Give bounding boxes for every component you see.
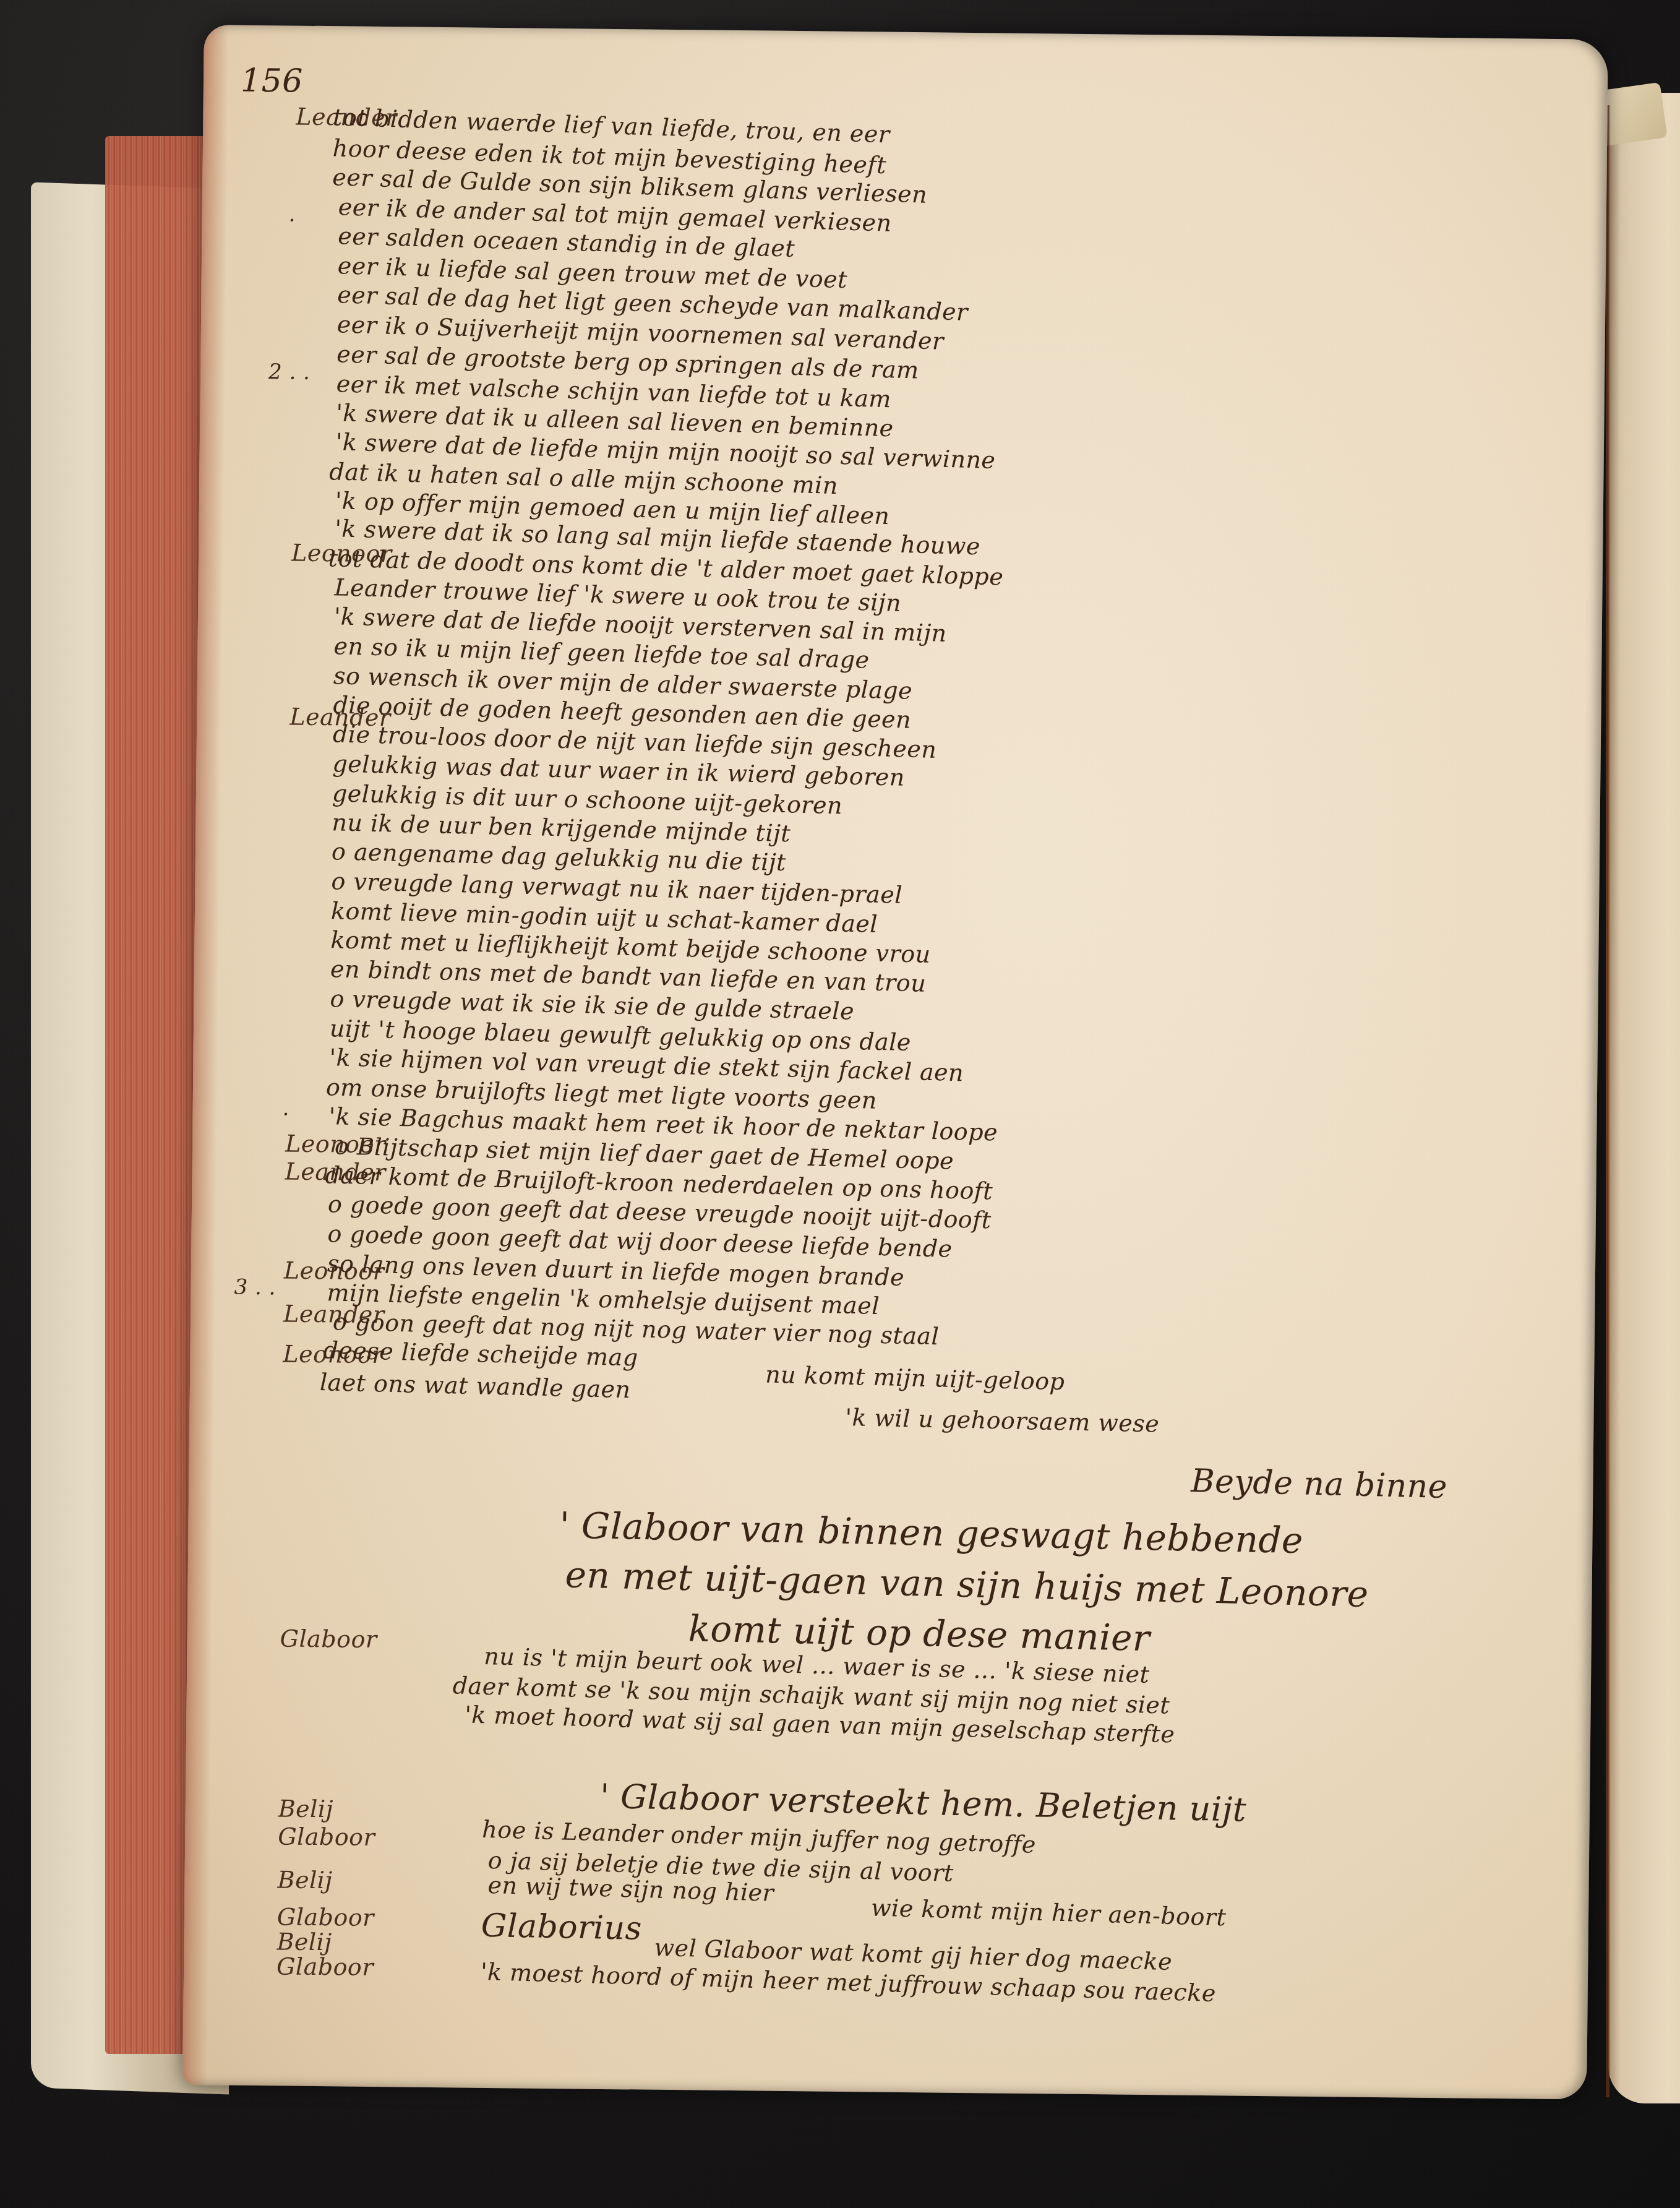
verse-line: nu komt mijn uijt-geloop — [765, 1361, 1065, 1396]
speaker-name: Glaboor — [280, 1625, 377, 1653]
speaker-name: Belij — [277, 1866, 332, 1894]
verse-line: laet ons wat wandle gaen — [319, 1368, 631, 1403]
stage-direction-line: ' Glaboor van binnen geswagt hebbende — [559, 1504, 1304, 1561]
verse-line: Glaborius — [481, 1907, 642, 1948]
speaker-name: Belij — [278, 1795, 333, 1823]
exit-note: Beyde na binne — [1191, 1463, 1448, 1506]
margin-marker: · — [288, 208, 296, 233]
gutter — [1606, 105, 1609, 2097]
verse-line: wie komt mijn hier aen-boort — [871, 1894, 1227, 1931]
margin-marker: 3 . . — [234, 1275, 276, 1300]
margin-marker: · — [282, 1102, 289, 1127]
stage-direction-line: en met uijt-gaen van sijn huijs met Leon… — [565, 1553, 1369, 1615]
manuscript-page: 156 LeanderLeonoorLeanderLeonoorLeanderL… — [182, 25, 1608, 2100]
speaker-name: Glaboor — [278, 1823, 375, 1851]
speaker-name: Belij — [276, 1928, 332, 1956]
page-number: 156 — [241, 62, 303, 100]
facing-page-edge — [1608, 93, 1680, 2103]
speaker-name: Glaboor — [277, 1903, 374, 1931]
verse-line: 'k wil u gehoorsaem wese — [845, 1404, 1160, 1438]
speaker-name: Glaboor — [276, 1952, 374, 1981]
margin-marker: 2 . . — [268, 359, 311, 385]
